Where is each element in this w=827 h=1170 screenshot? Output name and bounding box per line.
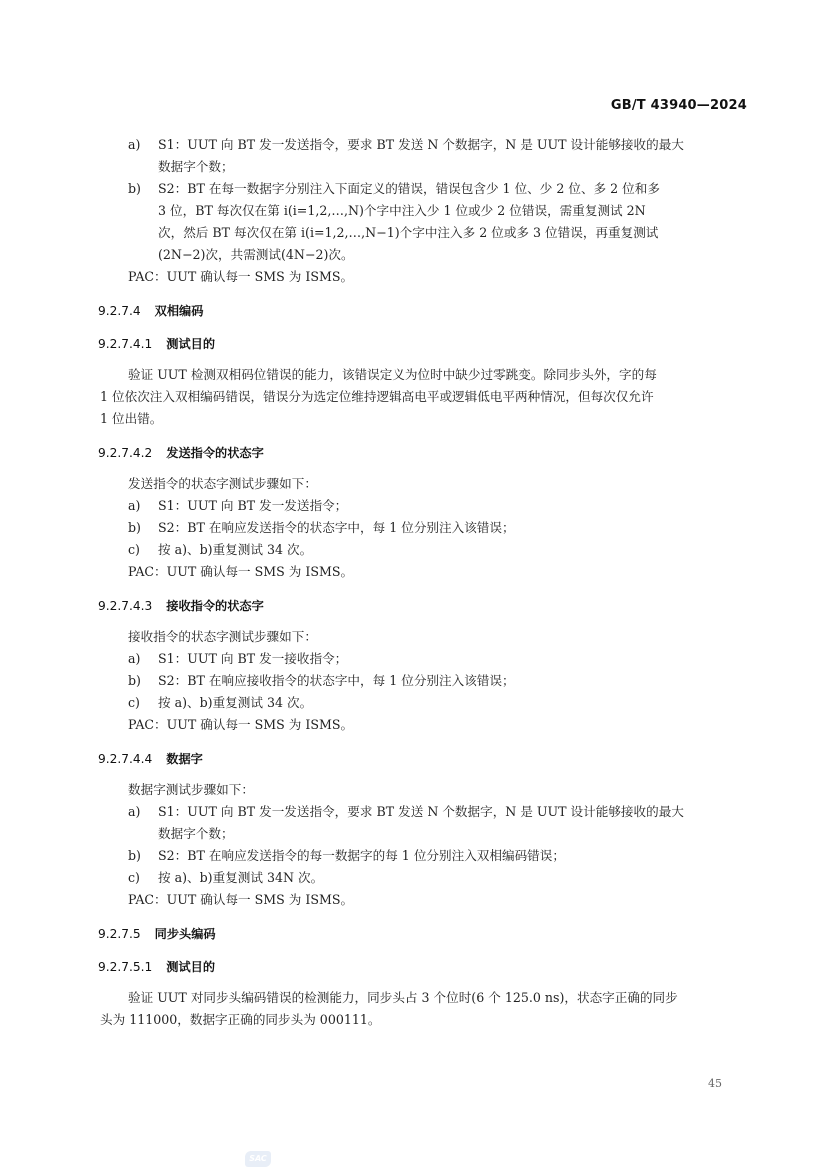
intro-text: 接收指令的状态字测试步骤如下： xyxy=(128,629,317,645)
section-number: 9.2.7.4 xyxy=(98,304,141,318)
section-heading: 9.2.7.4.4数据字 xyxy=(98,750,203,767)
list-item-text: 数据字个数； xyxy=(158,826,234,842)
list-label: a) xyxy=(128,651,140,666)
section-number: 9.2.7.4.2 xyxy=(98,446,152,460)
paragraph-line: 1 位依次注入双相编码错误，错误分为选定位维持逻辑高电平或逻辑低电平两种情况，但… xyxy=(100,389,654,405)
list-label: a) xyxy=(128,137,140,152)
list-item-text: S1：UUT 向 BT 发一发送指令； xyxy=(158,498,347,514)
section-number: 9.2.7.4.3 xyxy=(98,599,152,613)
list-item-text: S1：UUT 向 BT 发一接收指令； xyxy=(158,651,347,667)
list-item-text: 按 a)、b)重复测试 34N 次。 xyxy=(158,870,323,886)
paragraph-line: 头为 111000，数据字正确的同步头为 000111。 xyxy=(100,1012,380,1028)
list-item-text: 数据字个数； xyxy=(158,159,234,175)
section-title: 双相编码 xyxy=(155,304,204,318)
list-item-text: S2：BT 在响应接收指令的状态字中，每 1 位分别注入该错误； xyxy=(158,673,515,689)
pac-statement: PAC：UUT 确认每一 SMS 为 ISMS。 xyxy=(128,892,353,908)
pac-statement: PAC：UUT 确认每一 SMS 为 ISMS。 xyxy=(128,269,353,285)
section-heading: 9.2.7.4双相编码 xyxy=(98,302,203,319)
section-number: 9.2.7.4.1 xyxy=(98,337,152,351)
list-item-text: S2：BT 在响应发送指令的每一数据字的每 1 位分别注入双相编码错误； xyxy=(158,848,565,864)
list-item-text: S2：BT 在每一数据字分别注入下面定义的错误，错误包含少 1 位、少 2 位、… xyxy=(158,181,660,197)
list-item-text: 次，然后 BT 每次仅在第 i(i=1,2,…,N−1)个字中注入多 2 位或多… xyxy=(158,225,658,241)
section-heading: 9.2.7.5同步头编码 xyxy=(98,925,216,942)
section-heading: 9.2.7.4.2发送指令的状态字 xyxy=(98,444,264,461)
list-label: c) xyxy=(128,542,140,557)
section-title: 发送指令的状态字 xyxy=(166,446,264,460)
standard-number: GB/T 43940—2024 xyxy=(611,98,747,113)
list-item-text: 按 a)、b)重复测试 34 次。 xyxy=(158,542,312,558)
list-label: b) xyxy=(128,673,141,688)
section-title: 数据字 xyxy=(166,752,203,766)
list-label: a) xyxy=(128,804,140,819)
list-label: b) xyxy=(128,520,141,535)
list-label: c) xyxy=(128,695,140,710)
section-title: 同步头编码 xyxy=(155,927,216,941)
section-title: 测试目的 xyxy=(166,960,215,974)
list-label: b) xyxy=(128,848,141,863)
list-label: a) xyxy=(128,498,140,513)
paragraph-line: 1 位出错。 xyxy=(100,411,162,427)
paragraph-line: 验证 UUT 检测双相码位错误的能力，该错误定义为位时中缺少过零跳变。除同步头外… xyxy=(128,367,657,383)
section-number: 9.2.7.4.4 xyxy=(98,752,152,766)
list-item-text: 3 位，BT 每次仅在第 i(i=1,2,…,N)个字中注入少 1 位或少 2 … xyxy=(158,203,646,219)
list-item-text: (2N−2)次，共需测试(4N−2)次。 xyxy=(158,247,354,263)
list-item-text: 按 a)、b)重复测试 34 次。 xyxy=(158,695,312,711)
section-number: 9.2.7.5.1 xyxy=(98,960,152,974)
intro-text: 数据字测试步骤如下： xyxy=(128,782,254,798)
section-heading: 9.2.7.4.3接收指令的状态字 xyxy=(98,597,264,614)
sac-logo-icon: SAC xyxy=(245,1151,271,1167)
document-page: GB/T 43940—2024 a) S1：UUT 向 BT 发一发送指令，要求… xyxy=(0,0,827,1170)
pac-statement: PAC：UUT 确认每一 SMS 为 ISMS。 xyxy=(128,717,353,733)
list-label: c) xyxy=(128,870,140,885)
section-number: 9.2.7.5 xyxy=(98,927,141,941)
section-title: 测试目的 xyxy=(166,337,215,351)
page-number: 45 xyxy=(708,1077,722,1090)
list-item-text: S1：UUT 向 BT 发一发送指令，要求 BT 发送 N 个数据字，N 是 U… xyxy=(158,804,684,820)
list-item-text: S2：BT 在响应发送指令的状态字中，每 1 位分别注入该错误； xyxy=(158,520,515,536)
section-title: 接收指令的状态字 xyxy=(166,599,264,613)
section-heading: 9.2.7.4.1测试目的 xyxy=(98,335,215,352)
paragraph-line: 验证 UUT 对同步头编码错误的检测能力，同步头占 3 个位时(6 个 125.… xyxy=(128,990,678,1006)
pac-statement: PAC：UUT 确认每一 SMS 为 ISMS。 xyxy=(128,564,353,580)
list-item-text: S1：UUT 向 BT 发一发送指令，要求 BT 发送 N 个数据字，N 是 U… xyxy=(158,137,684,153)
section-heading: 9.2.7.5.1测试目的 xyxy=(98,958,215,975)
intro-text: 发送指令的状态字测试步骤如下： xyxy=(128,476,317,492)
list-label: b) xyxy=(128,181,141,196)
